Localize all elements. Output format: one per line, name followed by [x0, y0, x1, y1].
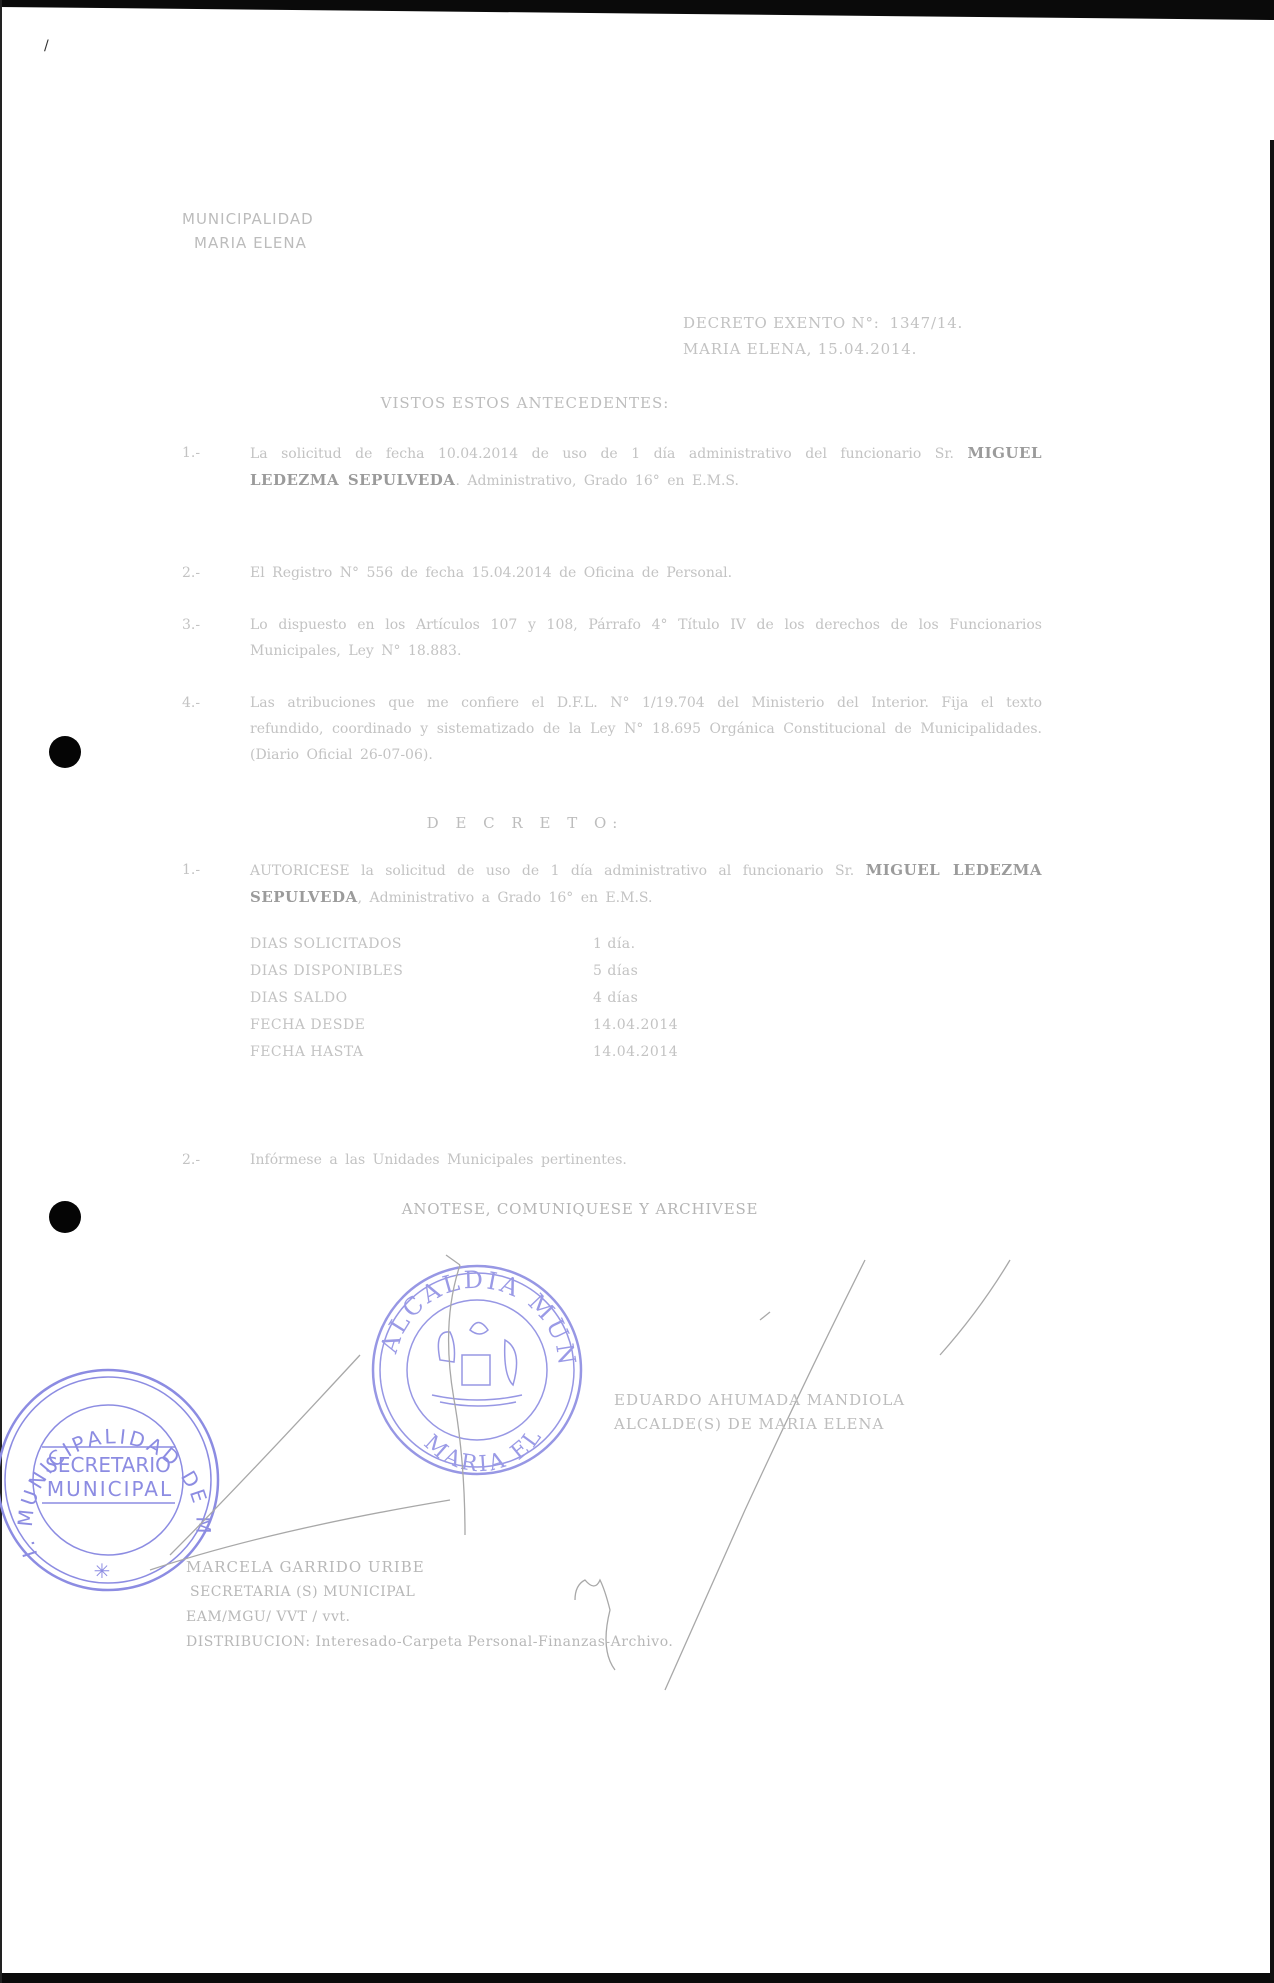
- table-row: DIAS SOLICITADOS1 día.: [250, 931, 743, 958]
- closing-formula: ANOTESE, COMUNIQUESE Y ARCHIVESE: [280, 1200, 880, 1218]
- item-text: AUTORICESE la solicitud de uso de 1 día …: [250, 863, 866, 879]
- decreto-item-1: 1.- AUTORICESE la solicitud de uso de 1 …: [182, 857, 1042, 911]
- item-number: 2.-: [182, 560, 200, 586]
- item-text: Lo dispuesto en los Artículos 107 y 108,…: [250, 612, 1042, 664]
- item-number: 2.-: [182, 1147, 200, 1173]
- distribution: DISTRIBUCION: Interesado-Carpeta Persona…: [186, 1630, 673, 1655]
- item-text: . Administrativo, Grado 16° en E.M.S.: [455, 473, 739, 489]
- item-number: 1.-: [182, 440, 200, 466]
- mayor-stamp: [373, 1266, 581, 1474]
- vistos-item-3: 3.- Lo dispuesto en los Artículos 107 y …: [182, 612, 1042, 664]
- item-text: La solicitud de fecha 10.04.2014 de uso …: [250, 446, 968, 462]
- row-value: 14.04.2014: [593, 1012, 743, 1039]
- decreto-item-2: 2.- Infórmese a las Unidades Municipales…: [182, 1147, 1042, 1173]
- vistos-item-4: 4.- Las atribuciones que me confiere el …: [182, 690, 1042, 768]
- table-row: DIAS SALDO4 días: [250, 985, 743, 1012]
- secretary-role: SECRETARIA (S) MUNICIPAL: [186, 1580, 673, 1605]
- mayor-signature-block: EDUARDO AHUMADA MANDIOLA ALCALDE(S) DE M…: [614, 1388, 905, 1436]
- initials: EAM/MGU/ VVT / vvt.: [186, 1605, 673, 1630]
- secretary-stamp-center-2: MUNICIPAL: [47, 1477, 173, 1501]
- vistos-item-1: 1.- La solicitud de fecha 10.04.2014 de …: [182, 440, 1042, 494]
- punch-hole-bottom: [49, 1201, 81, 1233]
- row-value: 5 días: [593, 958, 743, 985]
- scan-border-right: [1270, 140, 1274, 1980]
- letterhead-line1: MUNICIPALIDAD: [182, 207, 314, 231]
- row-label: FECHA DESDE: [250, 1012, 593, 1039]
- mayor-name: EDUARDO AHUMADA MANDIOLA: [614, 1388, 905, 1412]
- decree-place-date: MARIA ELENA, 15.04.2014.: [683, 336, 963, 362]
- star-icon: ✳: [94, 1559, 111, 1583]
- decree-number: 1347/14.: [880, 314, 963, 332]
- table-row: FECHA HASTA14.04.2014: [250, 1039, 743, 1066]
- item-number: 4.-: [182, 690, 200, 716]
- mayor-role: ALCALDE(S) DE MARIA ELENA: [614, 1412, 905, 1436]
- scan-border-bottom: [0, 1973, 1274, 1983]
- letterhead: MUNICIPALIDAD MARIA ELENA: [182, 207, 314, 255]
- pen-mark: /: [44, 38, 49, 54]
- row-label: DIAS DISPONIBLES: [250, 958, 593, 985]
- row-value: 1 día.: [593, 931, 743, 958]
- item-text: , Administrativo a Grado 16° en E.M.S.: [358, 890, 653, 906]
- row-value: 14.04.2014: [593, 1039, 743, 1066]
- letterhead-line2: MARIA ELENA: [182, 231, 314, 255]
- item-text: Las atribuciones que me confiere el D.F.…: [250, 690, 1042, 768]
- decree-label: DECRETO EXENTO N°:: [683, 314, 880, 332]
- punch-hole-top: [49, 736, 81, 768]
- scan-border-top: [0, 0, 1274, 20]
- secretary-stamp-center-1: SECRETARIO: [45, 1453, 171, 1477]
- row-value: 4 días: [593, 985, 743, 1012]
- scan-border-left: [0, 0, 2, 1983]
- vistos-title: VISTOS ESTOS ANTECEDENTES:: [0, 394, 1050, 412]
- row-label: DIAS SOLICITADOS: [250, 931, 593, 958]
- table-row: FECHA DESDE14.04.2014: [250, 1012, 743, 1039]
- secretary-name: MARCELA GARRIDO URIBE: [186, 1555, 673, 1580]
- row-label: DIAS SALDO: [250, 985, 593, 1012]
- decree-reference: DECRETO EXENTO N°:1347/14. MARIA ELENA, …: [683, 310, 963, 362]
- vistos-item-2: 2.- El Registro N° 556 de fecha 15.04.20…: [182, 560, 1042, 586]
- row-label: FECHA HASTA: [250, 1039, 593, 1066]
- days-table: DIAS SOLICITADOS1 día. DIAS DISPONIBLES5…: [250, 931, 743, 1066]
- decreto-title: D E C R E T O:: [0, 814, 1050, 832]
- item-number: 3.-: [182, 612, 200, 638]
- item-text: Infórmese a las Unidades Municipales per…: [250, 1147, 1042, 1173]
- coat-of-arms-icon: [432, 1323, 522, 1407]
- item-number: 1.-: [182, 857, 200, 883]
- table-row: DIAS DISPONIBLES5 días: [250, 958, 743, 985]
- item-text: El Registro N° 556 de fecha 15.04.2014 d…: [250, 560, 1042, 586]
- secretary-signature-block: MARCELA GARRIDO URIBE SECRETARIA (S) MUN…: [186, 1555, 673, 1655]
